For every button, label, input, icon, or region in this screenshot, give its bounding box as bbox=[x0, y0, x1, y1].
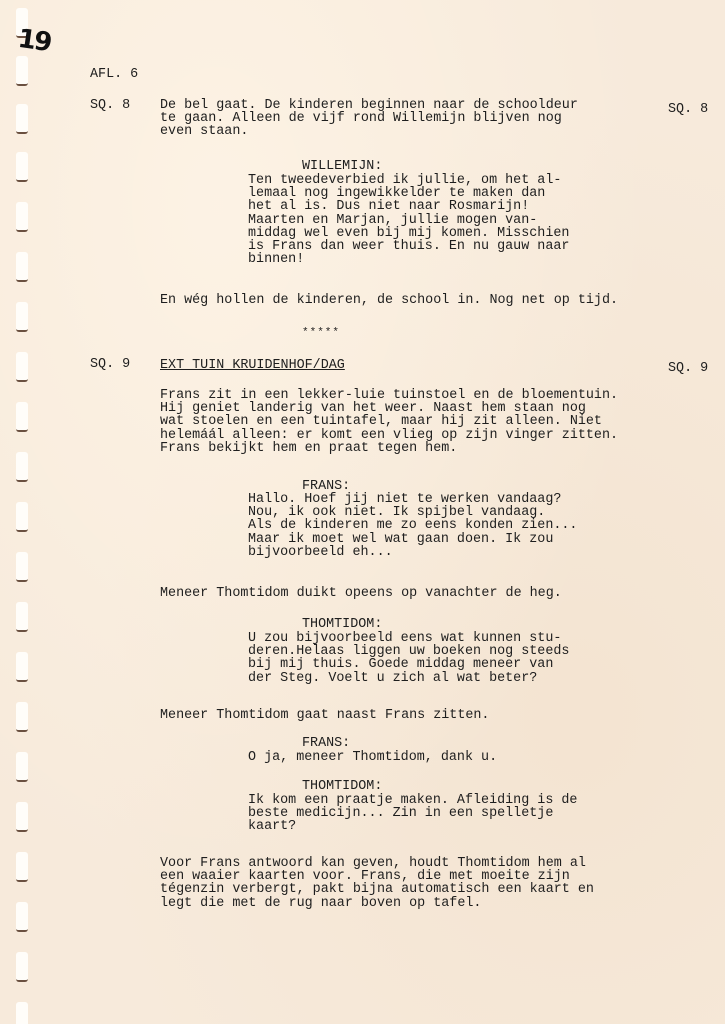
punch-hole bbox=[16, 152, 28, 182]
character-name: THOMTIDOM: bbox=[302, 618, 382, 631]
scene-label-left: SQ. 9 bbox=[90, 358, 130, 371]
script-page: 19 AFL. 6 SQ. 8 SQ. 8 De bel gaat. De ki… bbox=[0, 0, 725, 1024]
scene-action: Meneer Thomtidom gaat naast Frans zitten… bbox=[160, 709, 489, 722]
punch-hole bbox=[16, 202, 28, 232]
scene-label-left: SQ. 8 bbox=[90, 99, 130, 112]
dialogue-text: Ten tweedeverbied ik jullie, om het al- … bbox=[248, 174, 569, 266]
punch-hole bbox=[16, 952, 28, 982]
scene-label-right: SQ. 8 bbox=[668, 103, 708, 116]
punch-hole bbox=[16, 602, 28, 632]
punch-hole bbox=[16, 252, 28, 282]
scene-separator: ***** bbox=[302, 327, 340, 340]
punch-hole bbox=[16, 802, 28, 832]
punch-hole bbox=[16, 56, 28, 86]
dialogue-text: U zou bijvoorbeeld eens wat kunnen stu- … bbox=[248, 632, 569, 685]
scene-heading: EXT TUIN KRUIDENHOF/DAG bbox=[160, 359, 345, 372]
scene-action: En wég hollen de kinderen, de school in.… bbox=[160, 294, 618, 307]
scene-action: Meneer Thomtidom duikt opeens op vanacht… bbox=[160, 587, 562, 600]
punch-hole bbox=[16, 552, 28, 582]
punch-hole bbox=[16, 852, 28, 882]
scene-label-right: SQ. 9 bbox=[668, 362, 708, 375]
handwritten-page-number: 19 bbox=[16, 24, 52, 58]
scene-action: Frans zit in een lekker-luie tuinstoel e… bbox=[160, 389, 618, 455]
episode-label: AFL. 6 bbox=[90, 68, 138, 81]
scene-action: De bel gaat. De kinderen beginnen naar d… bbox=[160, 99, 578, 139]
punch-hole bbox=[16, 702, 28, 732]
punch-hole bbox=[16, 652, 28, 682]
character-name: WILLEMIJN: bbox=[302, 160, 382, 173]
dialogue-text: Hallo. Hoef jij niet te werken vandaag? … bbox=[248, 493, 577, 559]
punch-hole bbox=[16, 302, 28, 332]
dialogue-text: O ja, meneer Thomtidom, dank u. bbox=[248, 751, 497, 764]
character-name: FRANS: bbox=[302, 737, 350, 750]
character-name: THOMTIDOM: bbox=[302, 780, 382, 793]
binder-holes bbox=[16, 0, 30, 1024]
punch-hole bbox=[16, 452, 28, 482]
punch-hole bbox=[16, 352, 28, 382]
scene-action: Voor Frans antwoord kan geven, houdt Tho… bbox=[160, 857, 594, 910]
punch-hole bbox=[16, 402, 28, 432]
dialogue-text: Ik kom een praatje maken. Afleiding is d… bbox=[248, 794, 577, 834]
punch-hole bbox=[16, 1002, 28, 1024]
punch-hole bbox=[16, 502, 28, 532]
punch-hole bbox=[16, 752, 28, 782]
punch-hole bbox=[16, 104, 28, 134]
punch-hole bbox=[16, 902, 28, 932]
